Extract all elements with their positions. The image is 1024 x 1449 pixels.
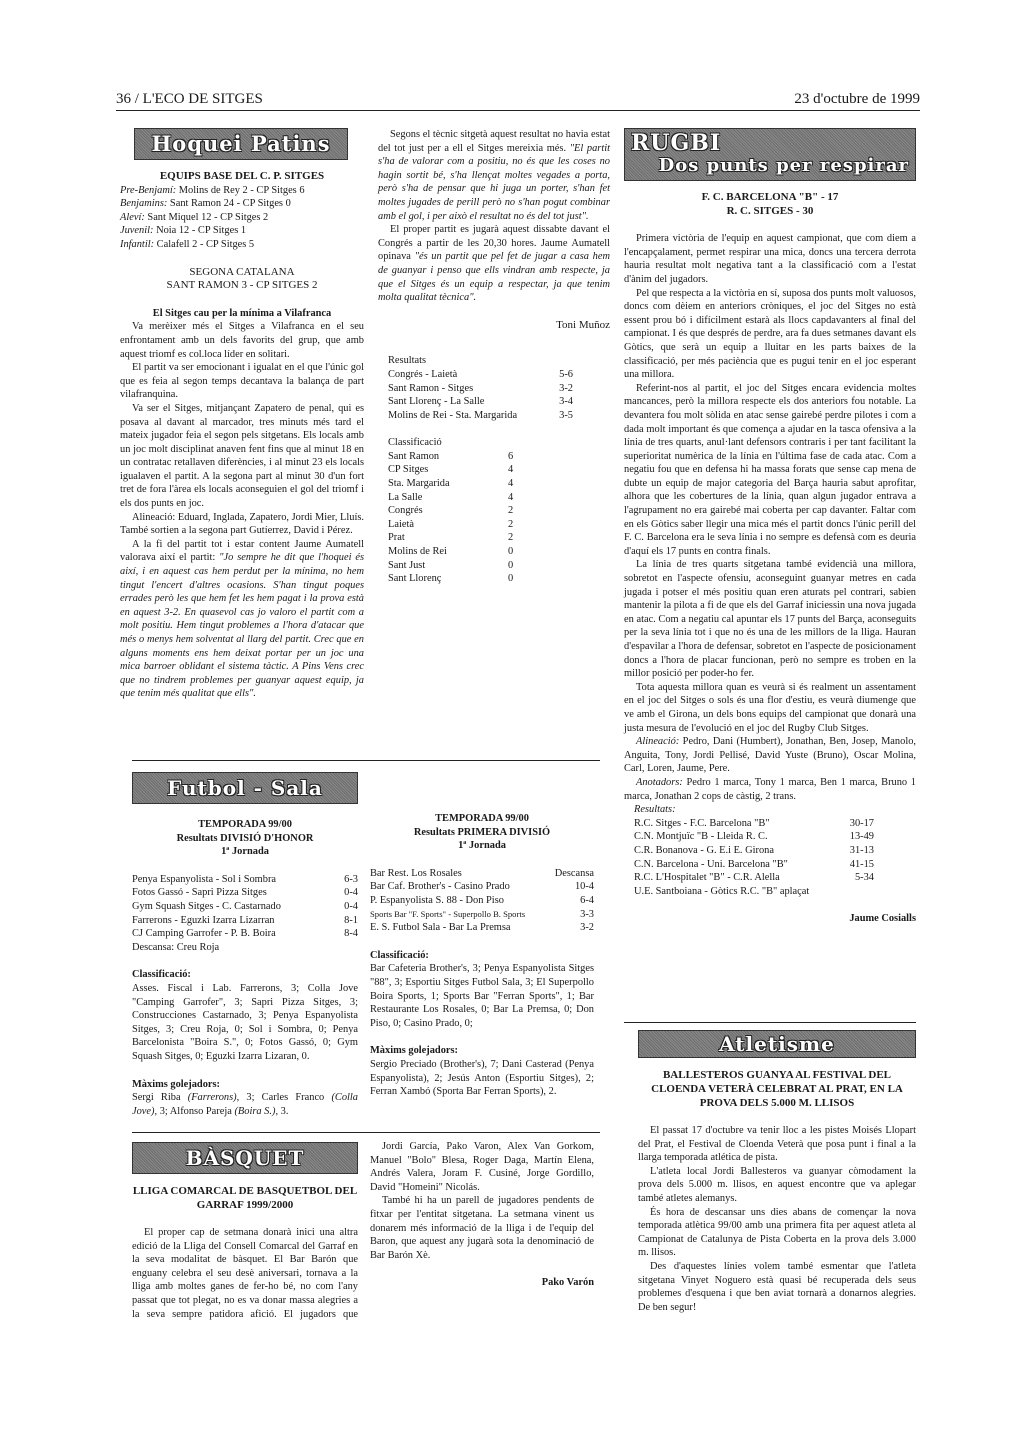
honor-standings: Asses. Fiscal i Lab. Farrerons, 3; Colla… [132, 982, 358, 1064]
result-row: Fotos Gassó - Sapri Pizza Sitges0-4 [132, 886, 358, 900]
rest-team: Descansa: Creu Roja [132, 941, 358, 955]
rugbi-banner-title: RUGBI [631, 131, 909, 155]
result-row: Bar Rest. Los RosalesDescansa [370, 867, 594, 881]
result-row: Penya Espanyolista - Sol i Sombra6-3 [132, 873, 358, 887]
basquet-column-1: BÀSQUET LLIGA COMARCAL DE BASQUETBOL DEL… [132, 1142, 358, 1322]
honor-scorers: Sergi Riba (Farrerons), 3; Carles Franco… [132, 1091, 358, 1118]
basquet-title: LLIGA COMARCAL DE BASQUETBOL DEL GARRAF … [132, 1184, 358, 1212]
standings-row: Sant Just0 [388, 559, 610, 573]
hoquei-column-1: Hoquei Patins EQUIPS BASE DEL C. P. SITG… [120, 128, 364, 701]
section-divider [132, 760, 600, 761]
standings-row: La Salle4 [388, 491, 610, 505]
rugbi-results-title: Resultats: [634, 803, 874, 817]
result-row: C.R. Bonanova - G. E.i E. Girona31-13 [634, 844, 874, 858]
base-results-list: Pre-Benjamí: Molins de Rey 2 - CP Sitges… [120, 184, 364, 252]
rugbi-paragraph: Primera victòria de l'equip en aquest ca… [624, 232, 916, 286]
honor-scorers-title: Màxims golejadors: [132, 1078, 358, 1092]
primera-standings-title: Classificació: [370, 949, 594, 963]
result-row: R.C. L'Hospitalet "B" - C.R. Alella5-34 [634, 871, 874, 885]
rugbi-paragraph: Pel que respecta a la victòria en sí, su… [624, 287, 916, 382]
primera-results: Bar Rest. Los RosalesDescansa Bar Caf. B… [370, 867, 594, 935]
base-result: Pre-Benjamí: Molins de Rey 2 - CP Sitges… [120, 184, 364, 198]
standings-row: Sant Llorenç0 [388, 572, 610, 586]
basquet-banner: BÀSQUET [132, 1142, 358, 1174]
page-header: 36 / L'ECO DE SITGES 23 d'octubre de 199… [116, 88, 920, 111]
hoquei-paragraph: Va merèixer més el Sitges a Vilafranca e… [120, 320, 364, 361]
futbol-banner: Futbol - Sala [132, 772, 358, 804]
basquet-paragraph: El proper cap de setmana donarà inici un… [132, 1226, 358, 1322]
rugbi-paragraph: Tota aquesta millora quan es veurà si és… [624, 681, 916, 735]
rugbi-column: RUGBI Dos punts per respirar F. C. BARCE… [624, 128, 916, 926]
base-result: Infantil: Calafell 2 - CP Sitges 5 [120, 238, 364, 252]
atletisme-title: BALLESTEROS GUANYA AL FESTIVAL DEL CLOEN… [638, 1068, 916, 1110]
primera-scorers: Sergio Preciado (Brother's), 7; Dani Cas… [370, 1058, 594, 1099]
base-result: Benjamins: Sant Ramon 24 - CP Sitges 0 [120, 197, 364, 211]
league-title: SEGONA CATALANA [120, 266, 364, 280]
atletisme-paragraph: És hora de descansar uns dies abans de c… [638, 1206, 916, 1260]
standings-row: Prat2 [388, 531, 610, 545]
rugbi-scorers: Anotadors: Pedro 1 marca, Tony 1 marca, … [624, 776, 916, 803]
rugbi-banner: RUGBI Dos punts per respirar [624, 128, 916, 181]
standings-row: CP Sitges4 [388, 463, 610, 477]
issue-date: 23 d'octubre de 1999 [794, 91, 920, 108]
rugbi-results: Resultats: R.C. Sitges - F.C. Barcelona … [624, 803, 874, 898]
result-row: Farrerons - Eguzki Izarra Lizarran8-1 [132, 914, 358, 928]
result-row: P. Espanyolista S. 88 - Don Piso6-4 [370, 894, 594, 908]
atletisme-paragraph: L'atleta local Jordi Ballesteros va guan… [638, 1165, 916, 1206]
hoquei-results: Resultats Congrés - Laietà5-6 Sant Ramon… [378, 354, 573, 422]
primera-round: 1ª Jornada [370, 839, 594, 853]
rugbi-match-line-1: F. C. BARCELONA "B" - 17 [624, 191, 916, 205]
section-divider [624, 1022, 916, 1023]
standings-title: Classificació [388, 436, 610, 450]
honor-round: 1ª Jornada [132, 845, 358, 859]
base-result: Aleví: Sant Miquel 12 - CP Sitges 2 [120, 211, 364, 225]
standings-row: Sant Ramon6 [388, 450, 610, 464]
honor-division: Resultats DIVISIÓ D'HONOR [132, 832, 358, 846]
result-row: E. S. Futbol Sala - Bar La Premsa3-2 [370, 921, 594, 935]
hoquei-paragraph: El partit va ser emocionant i igualat en… [120, 361, 364, 402]
standings-row: Molins de Rei0 [388, 545, 610, 559]
hoquei-paragraph: Segons el tècnic sitgetà aquest resultat… [378, 128, 610, 223]
atletisme-column: Atletisme BALLESTEROS GUANYA AL FESTIVAL… [638, 1030, 916, 1314]
primera-scorers-title: Màxims golejadors: [370, 1044, 594, 1058]
rugbi-match-line-2: R. C. SITGES - 30 [624, 205, 916, 219]
hoquei-paragraph: Va ser el Sitges, mitjançant Zapatero de… [120, 402, 364, 511]
atletisme-banner: Atletisme [638, 1030, 916, 1058]
rugbi-lineup: Alineació: Pedro, Dani (Humbert), Jonath… [624, 735, 916, 776]
result-row: C.N. Barcelona - Uni. Barcelona "B"41-15 [634, 858, 874, 872]
primera-division: Resultats PRIMERA DIVISIÓ [370, 826, 594, 840]
hoquei-lineup: Alineació: Eduard, Inglada, Zapatero, Jo… [120, 511, 364, 538]
result-row: CJ Camping Garrofer - P. B. Boira8-4 [132, 927, 358, 941]
rugbi-author: Jaume Cosialls [624, 912, 916, 926]
honor-results: Penya Espanyolista - Sol i Sombra6-3 Fot… [132, 873, 358, 955]
primera-standings: Bar Cafeteria Brother's, 3; Penya Espany… [370, 962, 594, 1030]
futbol-honor-column: Futbol - Sala TEMPORADA 99/00 Resultats … [132, 772, 358, 1118]
result-row: Bar Caf. Brother's - Casino Prado10-4 [370, 880, 594, 894]
standings-row: Congrés2 [388, 504, 610, 518]
primera-season: TEMPORADA 99/00 [370, 812, 594, 826]
match-title: SANT RAMON 3 - CP SITGES 2 [120, 279, 364, 293]
page-label: 36 / L'ECO DE SITGES [116, 91, 263, 108]
hoquei-paragraph: El proper partit es jugarà aquest dissab… [378, 223, 610, 305]
result-row: Congrés - Laietà5-6 [388, 368, 573, 382]
standings-row: Laietà2 [388, 518, 610, 532]
rugbi-paragraph: La línia de tres quarts sitgetana també … [624, 558, 916, 680]
base-result: Juvenil: Noia 12 - CP Sitges 1 [120, 224, 364, 238]
hoquei-standings: Classificació Sant Ramon6 CP Sitges4 Sta… [378, 436, 610, 586]
basquet-players: Jordi García, Pako Varon, Alex Van Gorko… [370, 1140, 594, 1194]
results-title: Resultats [388, 354, 573, 368]
honor-season: TEMPORADA 99/00 [132, 818, 358, 832]
rugbi-banner-subtitle: Dos punts per respirar [631, 155, 909, 177]
result-row: Sant Ramon - Sitges3-2 [388, 382, 573, 396]
hoquei-paragraph: A la fi del partit tot i estar content J… [120, 538, 364, 701]
base-teams-title: EQUIPS BASE DEL C. P. SITGES [120, 170, 364, 184]
hoquei-banner: Hoquei Patins [134, 128, 348, 160]
result-row: C.N. Montjuïc "B - Lleida R. C.13-49 [634, 830, 874, 844]
basquet-author: Pako Varón [370, 1276, 594, 1290]
hoquei-column-2: Segons el tècnic sitgetà aquest resultat… [378, 128, 610, 586]
result-row: Gym Squash Sitges - C. Castarnado0-4 [132, 900, 358, 914]
result-row: R.C. Sitges - F.C. Barcelona "B"30-17 [634, 817, 874, 831]
result-row: Sports Bar "F. Sports" - Superpollo B. S… [370, 908, 594, 922]
standings-row: Sta. Margarida4 [388, 477, 610, 491]
result-row: Molins de Rei - Sta. Margarida3-5 [388, 409, 573, 423]
section-divider [132, 1132, 600, 1133]
basquet-paragraph: També hi ha un parell de jugadores pende… [370, 1194, 594, 1262]
rugbi-paragraph: Referint-nos al partit, el joc del Sitge… [624, 382, 916, 559]
result-row: U.E. Santboiana - Gòtics R.C. "B" aplaça… [634, 885, 874, 899]
hoquei-author: Toni Muñoz [378, 319, 610, 333]
atletisme-paragraph: El passat 17 d'octubre va tenir lloc a l… [638, 1124, 916, 1165]
hoquei-headline: El Sitges cau per la mínima a Vilafranca [120, 307, 364, 321]
honor-standings-title: Classificació: [132, 968, 358, 982]
atletisme-paragraph: Des d'aquestes línies volem també esment… [638, 1260, 916, 1314]
result-row: Sant Llorenç - La Salle3-4 [388, 395, 573, 409]
futbol-primera-column: TEMPORADA 99/00 Resultats PRIMERA DIVISI… [370, 812, 594, 1099]
basquet-column-2: Jordi García, Pako Varon, Alex Van Gorko… [370, 1140, 594, 1290]
